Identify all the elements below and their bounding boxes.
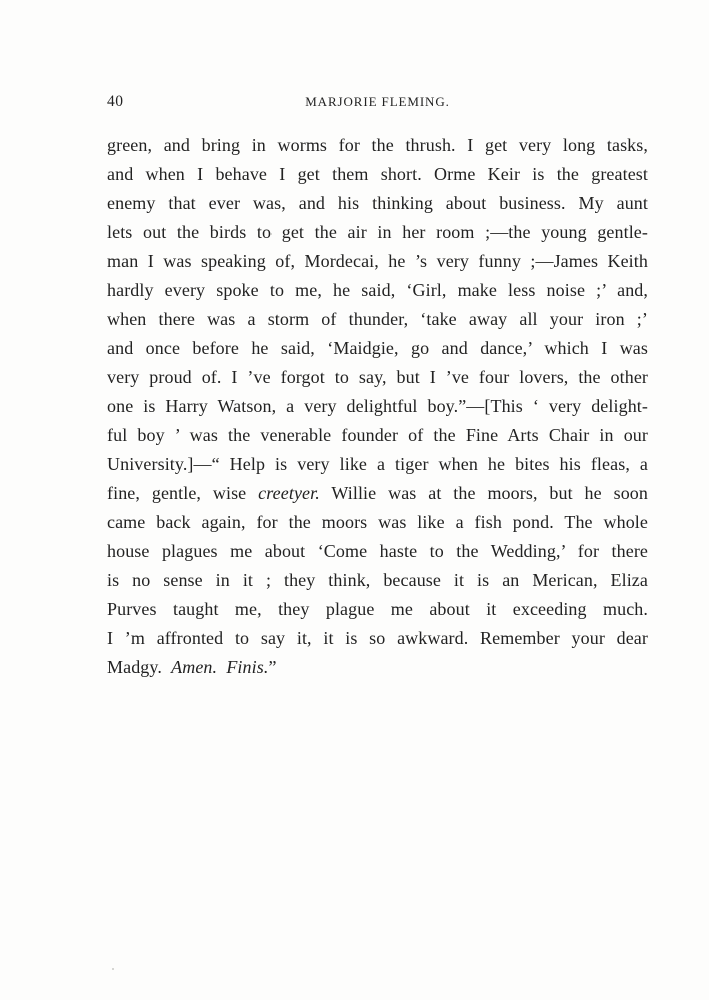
text-segment: green, and bring in worms for the thrush… xyxy=(107,135,648,155)
italic-text-segment: Finis. xyxy=(226,657,268,677)
text-segment: one is Harry Watson, a very delightful b… xyxy=(107,396,648,416)
text-line: very proud of. I ’ve forgot to say, but … xyxy=(107,363,648,392)
text-line: I ’m affronted to say it, it is so awkwa… xyxy=(107,624,648,653)
text-line: fine, gentle, wise creetyer. Willie was … xyxy=(107,479,648,508)
text-line: green, and bring in worms for the thrush… xyxy=(107,131,648,160)
italic-text-segment: Amen. xyxy=(171,657,217,677)
text-segment: University.]—“ Help is very like a tiger… xyxy=(107,454,648,474)
text-line: one is Harry Watson, a very delightful b… xyxy=(107,392,648,421)
text-segment: came back again, for the moors was like … xyxy=(107,512,648,532)
text-segment: is no sense in it ; they think, because … xyxy=(107,570,648,590)
text-segment: and when I behave I get them short. Orme… xyxy=(107,164,648,184)
text-segment: when there was a storm of thunder, ‘take… xyxy=(107,309,648,329)
text-line: lets out the birds to get the air in her… xyxy=(107,218,648,247)
text-segment: fine, gentle, wise xyxy=(107,483,258,503)
running-title: MARJORIE FLEMING. xyxy=(107,94,648,110)
page-text: green, and bring in worms for the thrush… xyxy=(107,131,648,682)
text-segment: and once before he said, ‘Maidgie, go an… xyxy=(107,338,648,358)
text-segment: Purves taught me, they plague me about i… xyxy=(107,599,648,619)
text-line: Purves taught me, they plague me about i… xyxy=(107,595,648,624)
text-segment: ful boy ’ was the venerable founder of t… xyxy=(107,425,648,445)
running-header: 40 MARJORIE FLEMING. xyxy=(107,93,648,113)
italic-text-segment: creetyer. xyxy=(258,483,320,503)
text-segment: lets out the birds to get the air in her… xyxy=(107,222,648,242)
text-segment: Willie was at the moors, but he soon xyxy=(320,483,648,503)
text-line: hardly every spoke to me, he said, ‘Girl… xyxy=(107,276,648,305)
text-segment xyxy=(217,657,226,677)
text-segment: Madgy. xyxy=(107,657,171,677)
scan-speck xyxy=(112,968,114,970)
text-line: man I was speaking of, Mordecai, he ’s v… xyxy=(107,247,648,276)
text-segment: very proud of. I ’ve forgot to say, but … xyxy=(107,367,648,387)
text-segment: I ’m affronted to say it, it is so awkwa… xyxy=(107,628,648,648)
text-line: came back again, for the moors was like … xyxy=(107,508,648,537)
text-line: and once before he said, ‘Maidgie, go an… xyxy=(107,334,648,363)
text-line: ful boy ’ was the venerable founder of t… xyxy=(107,421,648,450)
text-line: enemy that ever was, and his thinking ab… xyxy=(107,189,648,218)
text-line: is no sense in it ; they think, because … xyxy=(107,566,648,595)
text-segment: ” xyxy=(268,657,276,677)
text-segment: house plagues me about ‘Come haste to th… xyxy=(107,541,648,561)
text-line: University.]—“ Help is very like a tiger… xyxy=(107,450,648,479)
scan-speck xyxy=(270,233,272,235)
book-page: 40 MARJORIE FLEMING. green, and bring in… xyxy=(0,0,709,1000)
text-line: house plagues me about ‘Come haste to th… xyxy=(107,537,648,566)
text-line: and when I behave I get them short. Orme… xyxy=(107,160,648,189)
text-line: Madgy. Amen. Finis.” xyxy=(107,653,648,682)
text-line: when there was a storm of thunder, ‘take… xyxy=(107,305,648,334)
text-segment: enemy that ever was, and his thinking ab… xyxy=(107,193,648,213)
text-segment: man I was speaking of, Mordecai, he ’s v… xyxy=(107,251,648,271)
text-segment: hardly every spoke to me, he said, ‘Girl… xyxy=(107,280,648,300)
